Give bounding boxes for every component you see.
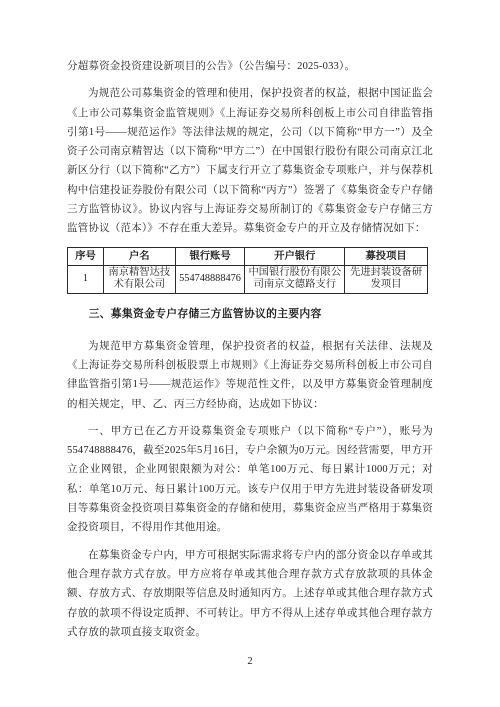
table-header-account-name: 户名 <box>104 247 176 265</box>
section-heading: 三、募集资金专户存储三方监管协议的主要内容 <box>67 305 433 324</box>
cell-account-name: 南京精智达技术有限公司 <box>104 265 176 293</box>
cell-seq: 1 <box>68 265 104 293</box>
paragraph-fund-management-background: 为规范公司募集资金的管理和使用，保护投资者的权益，根据中国证监会《上市公司募集资… <box>67 84 433 238</box>
table-header-bank: 开户银行 <box>245 247 345 265</box>
cell-bank: 中国银行股份有限公司南京文德路支行 <box>245 265 345 293</box>
paragraph-deposit-rules: 在募集资金专户内，甲方可根据实际需求将专户内的部分资金以存单或其他合理存款方式存… <box>67 546 433 642</box>
table-header-bank-account: 银行账号 <box>175 247 245 265</box>
page-number: 2 <box>0 656 500 667</box>
cell-bank-account: 554748888476 <box>175 265 245 293</box>
paragraph-account-details: 一、甲方已在乙方开设募集资金专项账户（以下简称“专户”），账号为55474888… <box>67 422 433 538</box>
paragraph-agreement-basis: 为规范甲方募集资金管理，保护投资者的权益，根据有关法律、法规及《上海证券交易所科… <box>67 337 433 414</box>
document-page: 分超募资金投资建设新项目的公告》（公告编号：2025-033）。 为规范公司募集… <box>0 0 500 707</box>
table-header-seq: 序号 <box>68 247 104 265</box>
table-row: 1 南京精智达技术有限公司 554748888476 中国银行股份有限公司南京文… <box>68 265 428 293</box>
table-header-row: 序号 户名 银行账号 开户银行 募投项目 <box>68 247 428 265</box>
document-content: 分超募资金投资建设新项目的公告》（公告编号：2025-033）。 为规范公司募集… <box>67 57 433 650</box>
table-header-project: 募投项目 <box>345 247 428 265</box>
paragraph-announcement-ref: 分超募资金投资建设新项目的公告》（公告编号：2025-033）。 <box>67 57 433 76</box>
fund-account-table: 序号 户名 银行账号 开户银行 募投项目 1 南京精智达技术有限公司 55474… <box>67 247 428 294</box>
cell-project: 先进封装设备研发项目 <box>345 265 428 293</box>
